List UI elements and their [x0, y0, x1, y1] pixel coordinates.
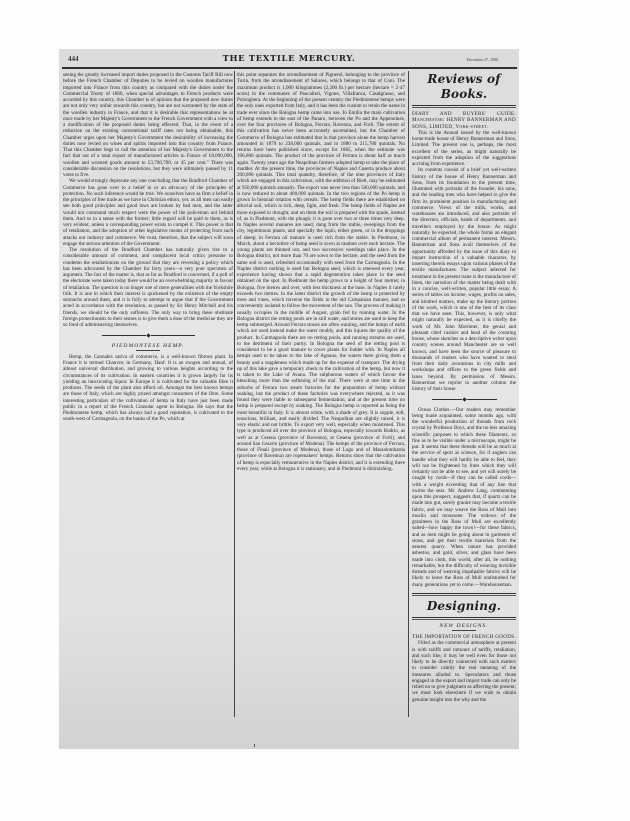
review-paragraph: This is the Annual issued by the well-kn…: [412, 130, 516, 168]
review-paragraph: Ocean Clothes.—Our readers may remember …: [412, 407, 516, 588]
page-mark: [254, 744, 255, 747]
publication-title: THE TEXTILE MERCURY.: [59, 54, 519, 64]
column-2: this point separates the arrondissement …: [237, 72, 405, 712]
section-rule: [412, 105, 516, 108]
ornament-divider: [412, 397, 516, 403]
article-title-piedmontese-hemp: PIEDMONTESE HEMP.: [63, 343, 233, 349]
column-divider: [408, 71, 409, 717]
article-paragraph: The resolution of the Bradford Chamber h…: [63, 247, 233, 328]
subsection-title-new-designs: NEW DESIGNS.: [412, 623, 516, 629]
section-title-designing: Designing.: [412, 599, 516, 614]
page-header: 444 THE TEXTILE MERCURY. December 27, 18…: [59, 49, 519, 69]
article-paragraph: We would strongly deprecate any one conc…: [63, 178, 233, 247]
header-rule: [62, 67, 517, 69]
ornament-divider: [63, 333, 233, 339]
article-paragraph: Filled as the commercial atmosphere at p…: [412, 640, 516, 703]
section-rule: [412, 593, 516, 596]
column-3: Reviews of Books. DIARY AND BUYERS' GUID…: [412, 72, 516, 740]
title-underline: [136, 350, 160, 351]
article-paragraph: this point separates the arrondissement …: [237, 72, 405, 472]
review-heading: DIARY AND BUYERS' GUIDE. Manchester: HEN…: [412, 111, 516, 130]
article-paragraph: Hemp, the Cannabis sativa of commerce, i…: [63, 354, 233, 423]
title-underline: [452, 630, 476, 631]
section-rule: [412, 617, 516, 620]
column-divider: [234, 71, 235, 717]
article-paragraph: seeing the greatly increased import duti…: [63, 72, 233, 178]
newspaper-page: 444 THE TEXTILE MERCURY. December 27, 18…: [59, 49, 519, 749]
issue-date: December 27, 1890.: [467, 57, 499, 62]
column-1: seeing the greatly increased import duti…: [63, 72, 233, 740]
section-title-reviews: Reviews of Books.: [412, 72, 516, 102]
review-paragraph: Its contents consist of a brief yet well…: [412, 167, 516, 392]
